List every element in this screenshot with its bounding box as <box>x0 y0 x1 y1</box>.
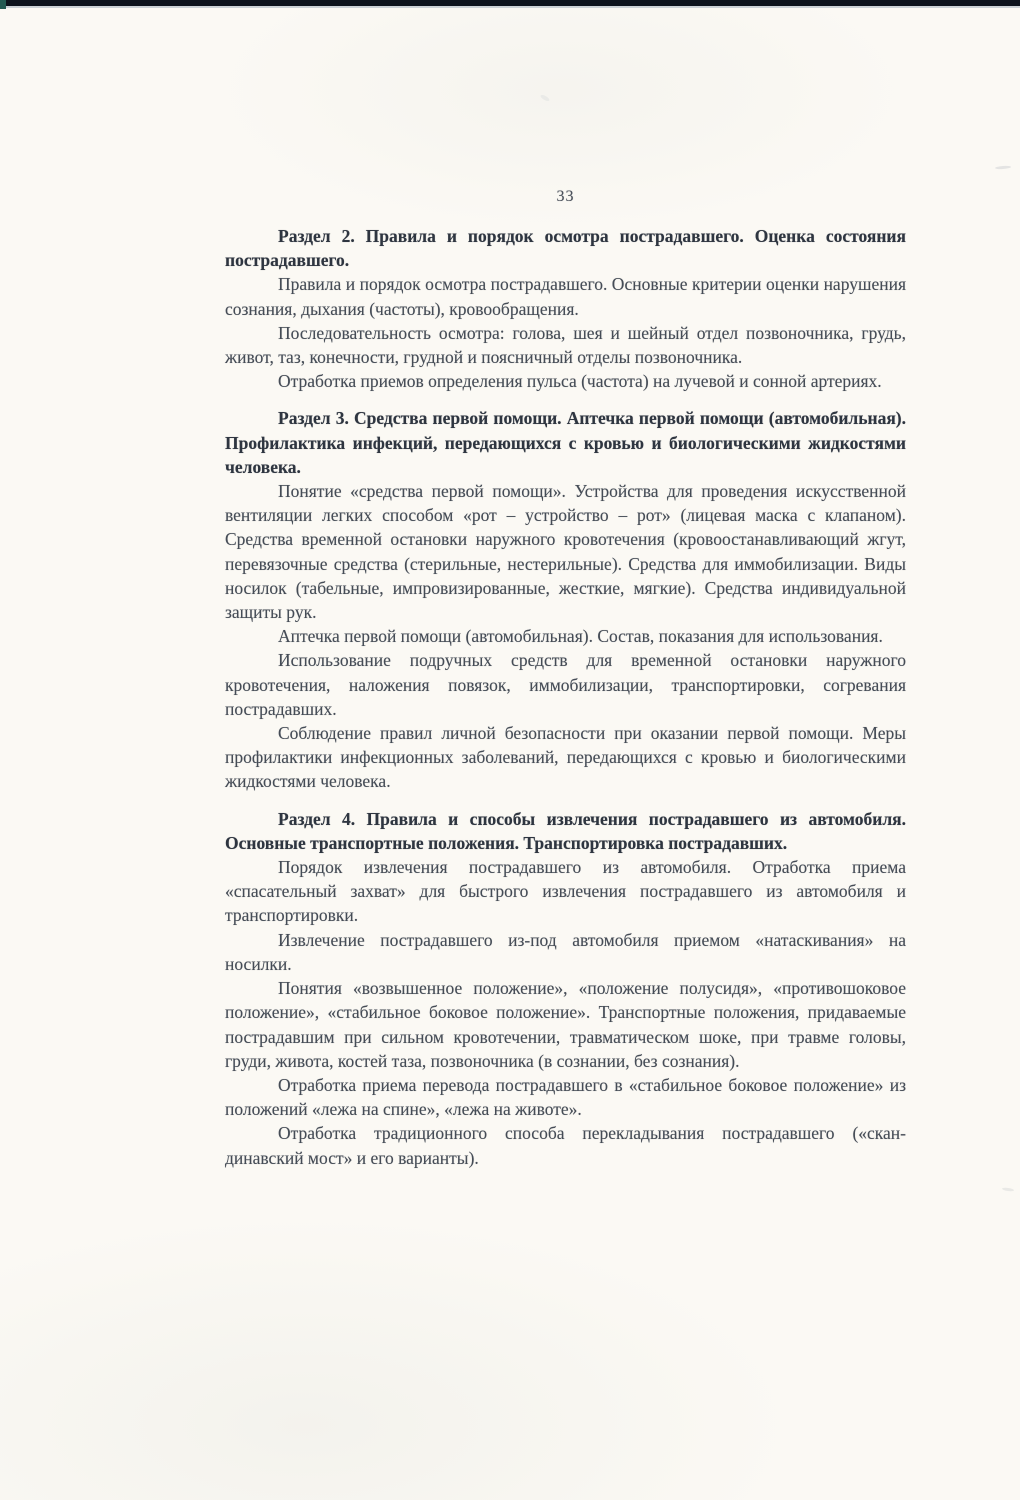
section: Раздел 4. Правила и способы извлечения п… <box>225 807 906 1170</box>
paragraph: Понятия «возвышенное положение», «положе… <box>225 976 906 1073</box>
paragraph: Отработка традиционного способа переклад… <box>225 1121 906 1169</box>
document-content: Раздел 2. Правила и порядок осмотра пост… <box>225 224 906 1170</box>
section: Раздел 3. Средства первой помощи. Аптечк… <box>225 406 906 793</box>
paragraph: Соблюдение правил личной безопасности пр… <box>225 721 906 794</box>
paragraph: Отработка приемов определения пульса (ча… <box>225 369 906 393</box>
paragraph: Понятие «средства первой помощи». Устрой… <box>225 479 906 624</box>
paragraph: Использование подручных средств для врем… <box>225 648 906 721</box>
page-number: 33 <box>225 188 906 206</box>
paragraph: Правила и порядок осмотра пострадавшего.… <box>225 272 906 320</box>
section: Раздел 2. Правила и порядок осмотра пост… <box>225 224 906 393</box>
scan-corner-mark <box>0 0 6 9</box>
paragraph: Порядок извлечения пострадавшего из авто… <box>225 855 906 928</box>
section-heading: Раздел 4. Правила и способы извлечения п… <box>225 807 906 855</box>
paragraph: Последовательность осмотра: голова, шея … <box>225 321 906 369</box>
section-heading: Раздел 3. Средства первой помощи. Аптечк… <box>225 406 906 479</box>
paragraph: Аптечка первой помощи (автомобильная). С… <box>225 624 906 648</box>
paragraph: Извлечение пострадавшего из-под автомоби… <box>225 928 906 976</box>
scan-speck <box>1002 1187 1014 1192</box>
scan-speck <box>540 94 551 102</box>
paragraph: Отработка приема перевода пострадавшего … <box>225 1073 906 1121</box>
document-page: 33 Раздел 2. Правила и порядок осмотра п… <box>0 0 1020 1500</box>
section-heading: Раздел 2. Правила и порядок осмотра пост… <box>225 224 906 272</box>
scan-speck <box>995 165 1011 169</box>
scan-edge-band <box>0 0 1020 6</box>
